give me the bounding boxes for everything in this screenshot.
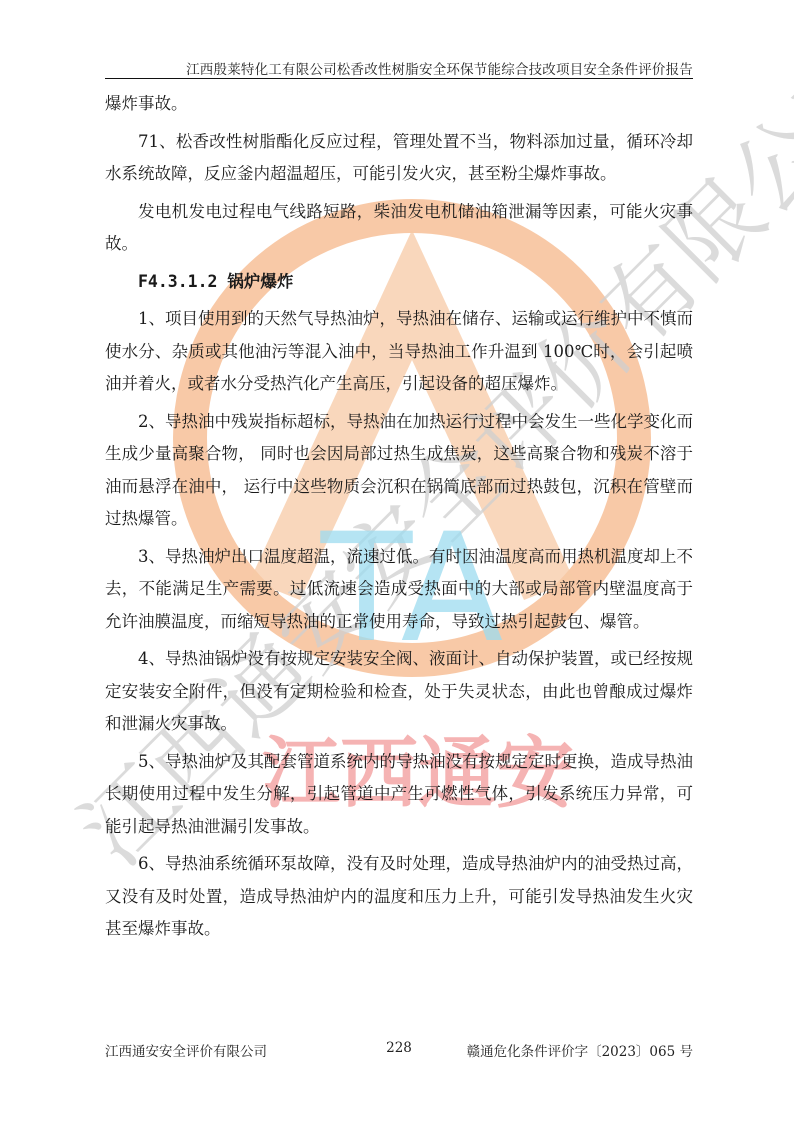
document-body: 爆炸事故。 71、松香改性树脂酯化反应过程，管理处置不当，物料添加过量，循环冷却…: [105, 88, 693, 951]
list-item: 3、导热油炉出口温度超温，流速过低。有时因油温度高而用热机温度却上不去，不能满足…: [105, 541, 693, 639]
list-item: 1、项目使用到的天然气导热油炉，导热油在储存、运输或运行维护中不慎而使水分、杂质…: [105, 303, 693, 401]
list-item: 6、导热油系统循环泵故障，没有及时处理，造成导热油炉内的油受热过高，又没有及时处…: [105, 848, 693, 946]
section-number: F4.3.1.2: [138, 272, 217, 291]
footer-doc-number: 赣通危化条件评价字〔2023〕065 号: [467, 1040, 693, 1060]
page-footer: 江西通安安全评价有限公司 228 赣通危化条件评价字〔2023〕065 号: [105, 1040, 693, 1060]
paragraph: 发电机发电过程电气线路短路，柴油发电机储油箱泄漏等因素，可能火灾事故。: [105, 196, 693, 261]
section-heading: F4.3.1.2 锅炉爆炸: [105, 266, 693, 299]
document-page: 江西通安安全评价有限公司 TA 江西通安 江西殷莱特化工有限公司松香改性树脂安全…: [0, 0, 794, 1123]
paragraph: 71、松香改性树脂酯化反应过程，管理处置不当，物料添加过量，循环冷却水系统故障，…: [105, 126, 693, 191]
list-item: 5、导热油炉及其配套管道系统内的导热油没有按规定定时更换，造成导热油长期使用过程…: [105, 746, 693, 844]
list-item: 2、导热油中残炭指标超标，导热油在加热运行过程中会发生一些化学变化而生成少量高聚…: [105, 406, 693, 536]
page-header: 江西殷莱特化工有限公司松香改性树脂安全环保节能综合技改项目安全条件评价报告: [105, 58, 693, 78]
paragraph: 爆炸事故。: [105, 88, 693, 121]
header-divider: [105, 78, 693, 79]
section-title: 锅炉爆炸: [227, 272, 293, 291]
list-item: 4、导热油锅炉没有按规定安装安全阀、液面计、自动保护装置，或已经按规定安装安全附…: [105, 643, 693, 741]
